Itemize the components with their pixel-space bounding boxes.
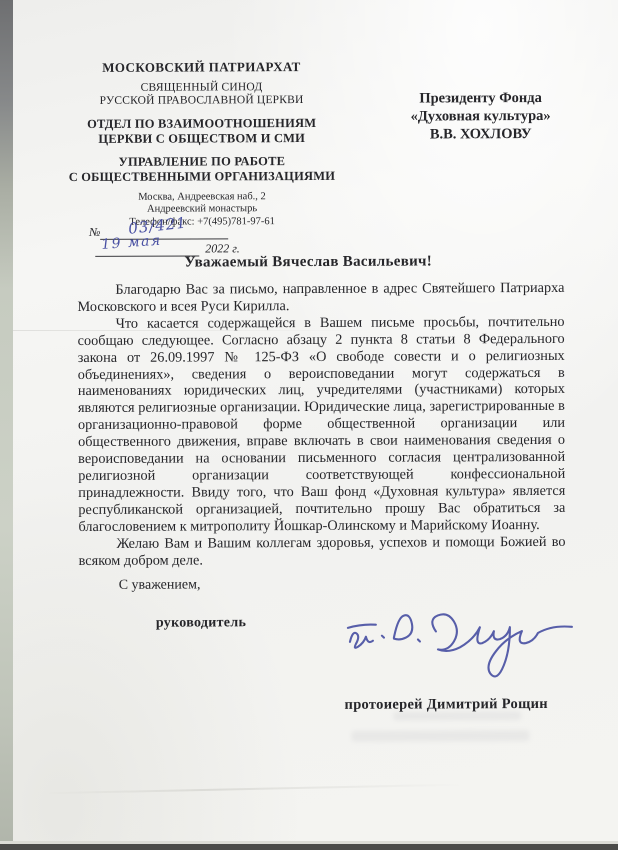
number-label: № — [89, 225, 100, 240]
signature-ink — [344, 597, 576, 680]
letterhead: МОСКОВСКИЙ ПАТРИАРХАТ СВЯЩЕННЫЙ СИНОД РУ… — [36, 60, 367, 230]
signature-icon — [344, 597, 576, 680]
recipient-line3: В.В. ХОХЛОВУ — [373, 125, 589, 144]
signer-title: руководитель — [156, 615, 246, 631]
bleedthrough-mark — [393, 711, 521, 721]
scanner-edge-bottom — [0, 844, 618, 850]
scanned-page: МОСКОВСКИЙ ПАТРИАРХАТ СВЯЩЕННЫЙ СИНОД РУ… — [0, 0, 618, 850]
letterhead-org-line3: РУССКОЙ ПРАВОСЛАВНОЙ ЦЕРКВИ — [37, 94, 367, 109]
scanner-edge-left — [0, 0, 13, 850]
body-paragraph-3: Желаю Вам и Вашим коллегам здоровья, усп… — [78, 533, 565, 569]
recipient-block: Президенту Фонда «Духовная культура» В.В… — [373, 89, 589, 144]
body-paragraph-1: Благодарю Вас за письмо, направленное в … — [77, 280, 564, 316]
body-paragraph-2: Что касается содержащейся в Вашем письме… — [78, 314, 566, 536]
letterhead-division-line1: УПРАВЛЕНИЕ ПО РАБОТЕ — [37, 154, 367, 170]
salutation: Уважаемый Вячеслав Васильевич! — [0, 253, 617, 273]
paper-crease — [0, 330, 618, 331]
recipient-line1: Президенту Фонда — [373, 89, 589, 108]
bleedthrough-mark — [351, 730, 529, 742]
handwritten-date: 19 мая — [101, 233, 163, 253]
letterhead-org-line1: МОСКОВСКИЙ ПАТРИАРХАТ — [36, 60, 366, 76]
letterhead-dept-line2: ЦЕРКВИ С ОБЩЕСТВОМ И СМИ — [37, 130, 367, 146]
letterhead-division-line2: С ОБЩЕСТВЕННЫМИ ОРГАНИЗАЦИЯМИ — [37, 168, 367, 184]
letterhead-dept-line1: ОТДЕЛ ПО ВЗАИМООТНОШЕНИЯМ — [37, 116, 367, 132]
recipient-line2: «Духовная культура» — [373, 107, 589, 126]
letter-body: Благодарю Вас за письмо, направленное в … — [77, 280, 565, 570]
letter-content: МОСКОВСКИЙ ПАТРИАРХАТ СВЯЩЕННЫЙ СИНОД РУ… — [0, 0, 618, 850]
closing-regards: С уважением, — [119, 577, 201, 593]
